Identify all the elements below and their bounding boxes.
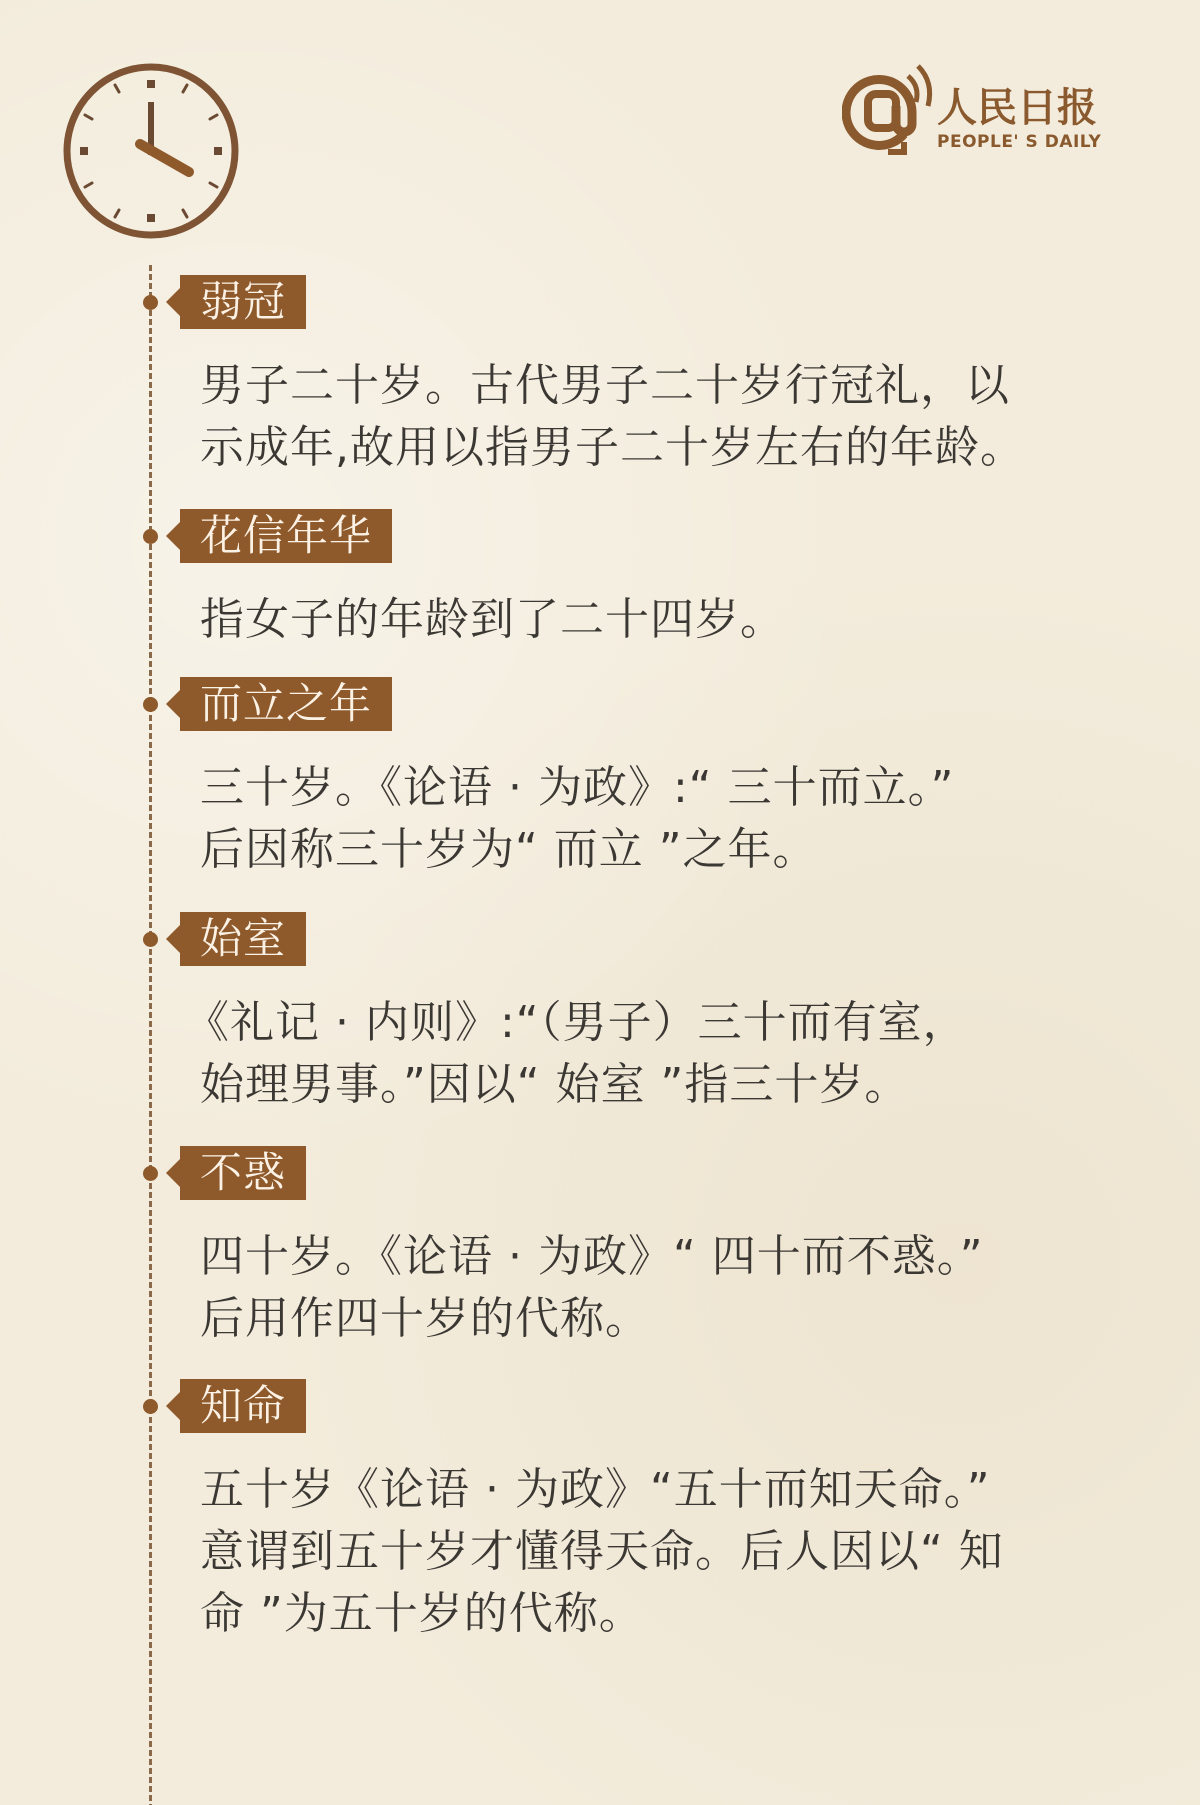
logo-text-en: PEOPLE' S DAILY [937, 132, 1101, 152]
timeline-dot [143, 932, 158, 947]
term-tag: 知命 [180, 1379, 306, 1433]
logo-text-cn: 人民日报 [937, 76, 1097, 133]
timeline-dot [143, 697, 158, 712]
description-line: 五十岁《论语 · 为政》“五十而知天命。” [200, 1459, 1100, 1521]
description-line: 后因称三十岁为“ 而立 ”之年。 [200, 819, 1100, 881]
description-line: 后用作四十岁的代称。 [200, 1288, 1100, 1350]
term-description: 三十岁。《论语 · 为政》:“ 三十而立。” 后因称三十岁为“ 而立 ”之年。 [200, 757, 1100, 881]
description-line: 指女子的年龄到了二十四岁。 [200, 589, 1100, 651]
description-line: 命 ”为五十岁的代称。 [200, 1583, 1100, 1645]
term-tag: 弱冠 [180, 275, 306, 329]
timeline-dot [143, 295, 158, 310]
timeline-dot [143, 529, 158, 544]
description-line: 始理男事。”因以“ 始室 ”指三十岁。 [185, 1054, 1085, 1116]
description-line: 男子二十岁。古代男子二十岁行冠礼，以 [200, 355, 1100, 417]
term-description: 《礼记 · 内则》:“（男子）三十而有室， 始理男事。”因以“ 始室 ”指三十岁… [185, 992, 1085, 1116]
term-description: 四十岁。《论语 · 为政》“ 四十而不惑。” 后用作四十岁的代称。 [200, 1226, 1100, 1350]
term-tag: 花信年华 [180, 509, 392, 563]
timeline-line [149, 265, 152, 1805]
peoples-daily-logo: 人民日报 PEOPLE' S DAILY [842, 62, 1132, 162]
clock-icon [60, 60, 242, 242]
timeline-dot [143, 1399, 158, 1414]
description-line: 四十岁。《论语 · 为政》“ 四十而不惑。” [200, 1226, 1100, 1288]
description-line: 三十岁。《论语 · 为政》:“ 三十而立。” [200, 757, 1100, 819]
timeline-dot [143, 1166, 158, 1181]
description-line: 《礼记 · 内则》:“（男子）三十而有室， [185, 992, 1085, 1054]
at-sign-wifi-icon [842, 62, 937, 162]
term-tag: 不惑 [180, 1146, 306, 1200]
term-tag: 始室 [180, 912, 306, 966]
term-description: 五十岁《论语 · 为政》“五十而知天命。” 意谓到五十岁才懂得天命。后人因以“ … [200, 1459, 1100, 1645]
description-line: 示成年,故用以指男子二十岁左右的年龄。 [200, 417, 1100, 479]
description-line: 意谓到五十岁才懂得天命。后人因以“ 知 [200, 1521, 1100, 1583]
term-tag: 而立之年 [180, 677, 392, 731]
term-description: 指女子的年龄到了二十四岁。 [200, 589, 1100, 651]
term-description: 男子二十岁。古代男子二十岁行冠礼，以 示成年,故用以指男子二十岁左右的年龄。 [200, 355, 1100, 479]
